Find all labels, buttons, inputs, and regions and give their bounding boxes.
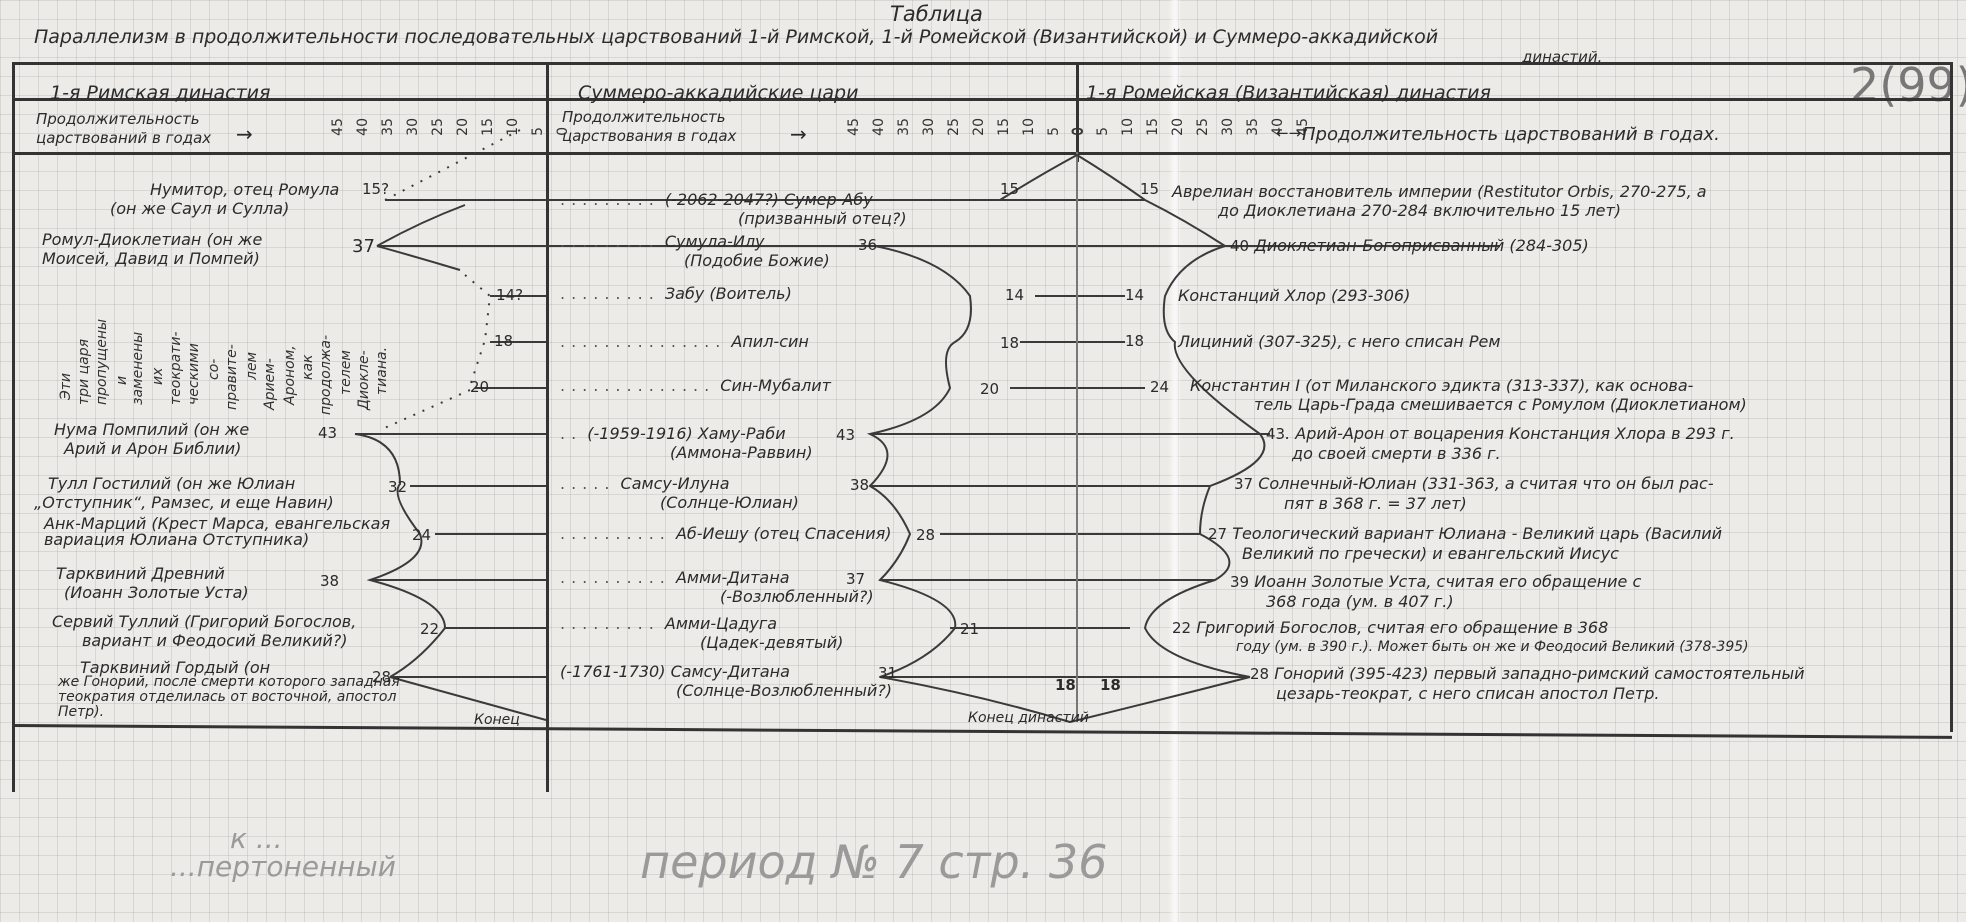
roman-row-10: Сервий Туллий (Григорий Богослов, вариан… [52, 612, 356, 650]
byzantine-row-9: 39 Иоанн Золотые Уста, считая его обраще… [1230, 572, 1641, 611]
sumerian-row-8-years: 28 [916, 526, 935, 544]
byzantine-row-1: Аврелиан восстановитель империи (Restitu… [1172, 182, 1707, 220]
footer-left-note-2: ...пертоненный [170, 850, 396, 883]
roman-row-3-years: 14? [496, 286, 523, 304]
footer-right-note: период № 7 стр. 36 [640, 835, 1107, 889]
roman-vertical-note-12: Арием- [262, 280, 278, 410]
roman-vertical-note-2: три царя [76, 275, 92, 405]
roman-row-2: Ромул-Диоклетиан (он же Моисей, Давид и … [42, 230, 262, 268]
center-mark-b: 18 [1100, 676, 1121, 694]
sumerian-row-6-years: 43 [836, 426, 855, 444]
sumerian-row-7: ..... Самсу-Илуна (Солнце-Юлиан) [560, 474, 799, 512]
roman-row-7-years: 32 [388, 478, 407, 496]
roman-row-4-years: 18 [494, 332, 513, 350]
roman-vertical-note-4: и [114, 295, 130, 385]
sumerian-row-3-years: 14 [1005, 286, 1024, 304]
center-mark-15: 15 [1140, 180, 1159, 198]
roman-row-6-years: 43 [318, 424, 337, 442]
sumerian-row-2: ......... Сумула-Илу (Подобие Божие) [560, 232, 830, 270]
center-mark-a: 18 [1055, 676, 1076, 694]
center-mark-18: 18 [1125, 332, 1144, 350]
roman-vertical-note-7: теократи- [168, 275, 184, 405]
sumerian-row-9: .......... Амми-Дитана (-Возлюбленный?) [560, 568, 874, 606]
sumerian-row-11-years: 31 [878, 664, 897, 682]
byzantine-row-3: Констанций Хлор (293-306) [1178, 286, 1410, 305]
roman-vertical-note-5: заменены [130, 275, 146, 405]
roman-row-9-years: 38 [320, 572, 339, 590]
byzantine-row-8: 27 Теологический вариант Юлиана - Велики… [1208, 524, 1722, 563]
sumerian-row-3: ......... Забу (Воитель) [560, 284, 792, 303]
sumerian-row-4: ............... Апил-син [560, 332, 809, 351]
roman-end-label: Конец [474, 712, 520, 728]
center-mark-14: 14 [1125, 286, 1144, 304]
center-mark-24: 24 [1150, 378, 1169, 396]
roman-vertical-note-10: правите- [224, 280, 240, 410]
roman-row-6: Нума Помпилий (он же Арий и Арон Библии) [54, 420, 249, 458]
roman-row-8: Анк-Марций (Крест Марса, евангельская ва… [44, 516, 390, 548]
sumerian-row-2-years: 36 [858, 236, 877, 254]
roman-vertical-note-3: пропущены [94, 275, 110, 405]
sumerian-row-5-years: 20 [980, 380, 999, 398]
byzantine-row-5: Константин I (от Миланского эдикта (313-… [1190, 376, 1747, 414]
roman-row-9: Тарквиний Древний (Иоанн Золотые Уста) [56, 564, 249, 602]
sumerian-row-8: .......... Аб-Иешу (отец Спасения) [560, 524, 892, 543]
roman-vertical-note-13: Ароном, [282, 285, 298, 405]
center-end-label: Конец династий [968, 710, 1089, 726]
roman-vertical-note-9: со- [206, 300, 222, 380]
roman-vertical-note-6: их [150, 295, 166, 385]
roman-row-5-years: 20 [470, 378, 489, 396]
roman-row-10-years: 22 [420, 620, 439, 638]
roman-vertical-note-11: лем [244, 300, 260, 380]
byzantine-row-7: 37 Солнечный-Юлиан (331-363, а считая чт… [1234, 474, 1714, 513]
roman-row-1-years: 15? [362, 180, 389, 198]
sumerian-row-1-years: 15 [1000, 180, 1019, 198]
byzantine-row-4: Лициний (307-325), с него списан Рем [1178, 332, 1500, 351]
sumerian-row-10-years: 21 [960, 620, 979, 638]
sumerian-row-5: .............. Син-Мубалит [560, 376, 831, 395]
sumerian-row-11: (-1761-1730) Самсу-Дитана (Солнце-Возлюб… [560, 662, 892, 700]
sumerian-row-1: ......... (-2062-2047?) Сумер-Абу (призв… [560, 190, 907, 228]
roman-row-7: Тулл Гостилий (он же Юлиан „Отступник“, … [48, 474, 334, 512]
sumerian-row-4-years: 18 [1000, 334, 1019, 352]
sumerian-row-9-years: 37 [846, 570, 865, 588]
roman-row-11: Тарквиний Гордый (он же Гонорий, после с… [80, 660, 418, 720]
roman-vertical-note-15: продолжа- [318, 285, 334, 415]
byzantine-row-11: 28 Гонорий (395-423) первый западно-римс… [1250, 664, 1805, 703]
byzantine-row-10: 22 Григорий Богослов, считая его обращен… [1172, 618, 1749, 657]
roman-row-8-years: 24 [412, 526, 431, 544]
roman-row-1: Нумитор, отец Ромула (он же Саул и Сулла… [150, 180, 480, 218]
sumerian-row-10: ......... Амми-Цадуга (Цадек-девятый) [560, 614, 843, 652]
roman-row-11-years: 28 [372, 668, 391, 686]
roman-vertical-note-8: ческими [186, 275, 202, 405]
sumerian-row-6: .. (-1959-1916) Хаму-Раби (Аммона-Раввин… [560, 424, 813, 462]
roman-vertical-note-14: как [300, 300, 316, 380]
roman-row-2-years: 37 [352, 236, 375, 257]
roman-vertical-note-1: Эти [58, 270, 74, 400]
byzantine-row-2: 40 Диоклетиан-Богоприсванный (284-305) [1230, 236, 1589, 256]
roman-vertical-note-16: телем [338, 295, 354, 395]
sumerian-row-7-years: 38 [850, 476, 869, 494]
roman-vertical-note-17: Диокле- [356, 290, 372, 410]
byzantine-row-6: 43. Арий-Арон от воцарения Констанция Хл… [1266, 424, 1735, 463]
roman-vertical-note-18: тиана. [374, 295, 390, 395]
